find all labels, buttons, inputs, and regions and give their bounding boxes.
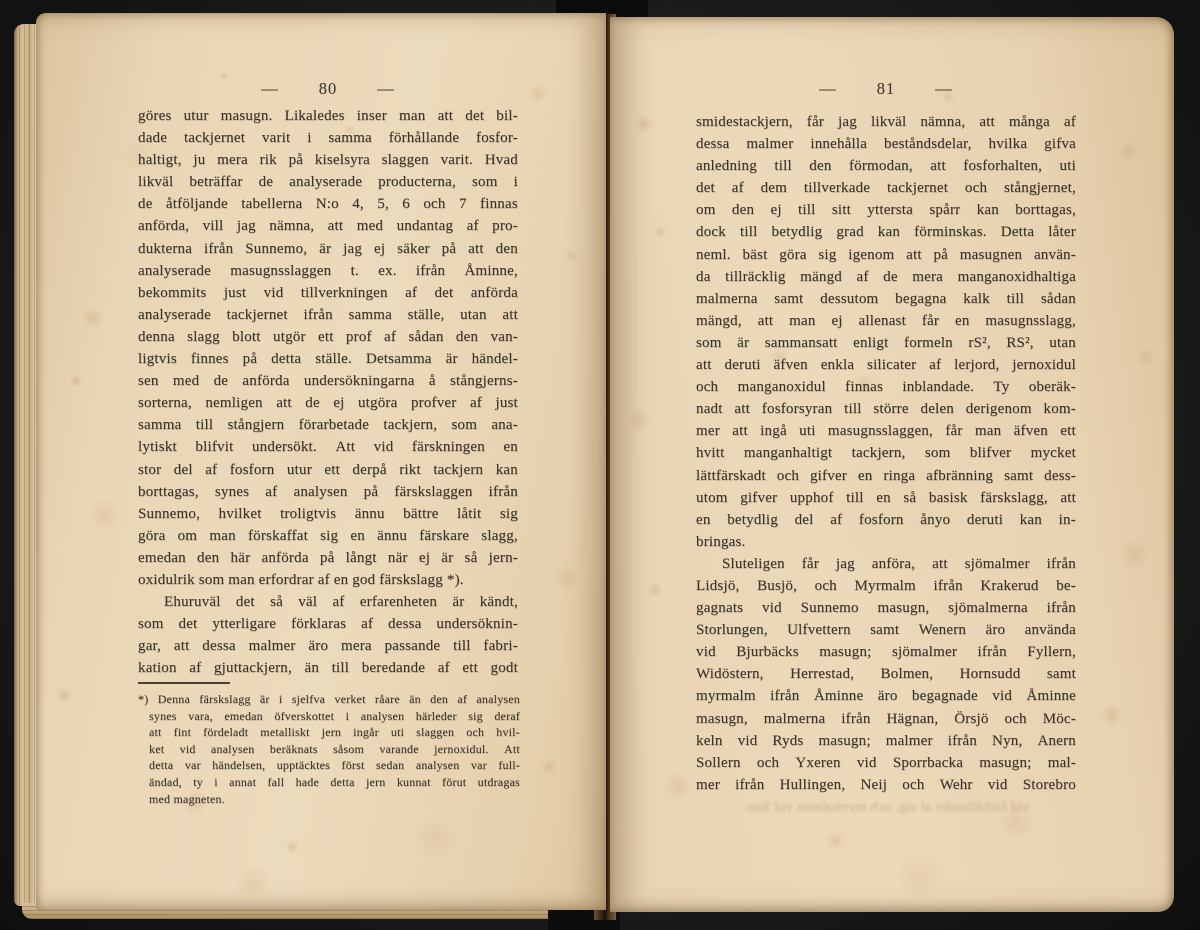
left-page: — 80 — göresuturmasugn.Likaledesinserman… (36, 13, 606, 910)
text-line: anförda,villjagnämna,attmedundantagafpro… (138, 215, 518, 237)
paragraph: smidestackjern,fårjaglikvälnämna,attmång… (696, 111, 1076, 553)
text-line: ochmanganoxidulfinnasinblandade.Tyoberäk… (696, 376, 1076, 398)
text-line: somärsammansattenligtformelnrS²,RS²,utan (696, 332, 1076, 354)
text-line: vidBjurbäcksmasugn;sjömalmerifrånFyllern… (696, 641, 1076, 663)
right-page-header: — 81 — (696, 79, 1076, 99)
text-line: ketvidanalysenberäknatssåsomvarandejerno… (138, 741, 520, 758)
text-line: detafdemtillverkadetackjernetochstångjer… (696, 177, 1076, 199)
text-line: med magneten. (138, 791, 520, 808)
text-line: synesvara,emedanöfverskottetianalysenhär… (138, 708, 520, 725)
right-page-number: 81 (877, 79, 896, 99)
text-line: masugn,malmernaifrånHägnan,ÖrsjöochMöc- (696, 708, 1076, 730)
text-line: dadetackjernetvaritisammaförhållandefosf… (138, 127, 518, 149)
text-line: merifrånHullingen,NeijochWehrvidStorebro (696, 774, 1076, 796)
paragraph: Ehuruväldetsåvälaferfarenhetenärkändt,so… (138, 591, 518, 679)
text-line: ligtvisfinnespådettaställe.Detsammaärhän… (138, 348, 518, 370)
text-line: gagnatsvidSunnemomasugn,sjömalmernaifrån (696, 597, 1076, 619)
text-line: lättfärskadtochgifverenringaafbränningsa… (696, 465, 1076, 487)
text-line: bringas. (696, 531, 1076, 553)
text-line: attfintfördeladtmetallisktjerningårutisl… (138, 724, 520, 741)
text-line: attderutiäfvenenklasilicateraflerjord,je… (696, 354, 1076, 376)
header-dash: — (261, 79, 279, 99)
left-page-text: göresuturmasugn.Likaledesinsermanattdetb… (138, 105, 518, 679)
text-line: *)Dennafärskslaggärisjelfvaverketråareän… (138, 691, 520, 708)
text-line: SollernochYxerenvidSporrbackamasugn;mal- (696, 752, 1076, 774)
text-line: Storlungen,UlfvetternsamtWenernäroanvänd… (696, 619, 1076, 641)
text-line: göraommanförskaffatsigenännufärskareslag… (138, 525, 518, 547)
text-line: enbetydligdelaffosfornånyoderutikanin- (696, 509, 1076, 531)
text-line: datillräckligmängdafdemeramanganoxidhalt… (696, 266, 1076, 288)
text-line: dettavarhändelsen,upptäcktesförstsedanan… (138, 757, 520, 774)
text-line: malmernasamtdessutombegagnakalktillsådan (696, 288, 1076, 310)
text-line: anledningtilldenförmodan,attfosforhalten… (696, 155, 1076, 177)
text-line: likvälbeträffardeanalyseradeproducterna,… (138, 171, 518, 193)
text-line: deåtföljandetabellernaN:o4,5,6och7finnas (138, 193, 518, 215)
footnote-separator (138, 682, 230, 684)
header-dash: — (819, 79, 837, 99)
left-page-footnote: *)Dennafärskslaggärisjelfvaverketråareän… (138, 691, 520, 807)
paragraph: göresuturmasugn.Likaledesinsermanattdetb… (138, 105, 518, 591)
text-line: mängd,attmanejallenastfårenmasugnsslagg, (696, 310, 1076, 332)
paragraph: Sluteligenfårjaganföra,attsjömalmerifrån… (696, 553, 1076, 796)
text-line: kelnvidRydsmasugn;malmerifrånNyn,Anern (696, 730, 1076, 752)
right-page-text: smidestackjern,fårjaglikvälnämna,attmång… (696, 111, 1076, 796)
text-line: analyserademasugnsslaggent.ex.ifrånÅminn… (138, 260, 518, 282)
text-line: oxidulrik som man erfordrar af en god fä… (138, 569, 518, 591)
text-line: göresuturmasugn.Likaledesinsermanattdetb… (138, 105, 518, 127)
header-dash: — (377, 79, 395, 99)
text-line: omdenejtillsittytterstaspårrkanborttagas… (696, 199, 1076, 221)
text-line: Ehuruväldetsåvälaferfarenhetenärkändt, (138, 591, 518, 613)
text-line: bekommitsjustvidtillverkningenafdetanför… (138, 282, 518, 304)
text-line: utomgifverupphoftillensåbasiskfärskslagg… (696, 487, 1076, 509)
text-line: sorterna,nemligenattdeejutgöraprofverafj… (138, 392, 518, 414)
text-line: somdetytterligareförklarasafdessaundersö… (138, 613, 518, 635)
right-page: — 81 — smidestackjern,fårjaglikvälnämna,… (610, 17, 1174, 912)
text-line: docktillbetydliggradkanförminskas.Dettal… (696, 221, 1076, 243)
text-line: dessamalmerinnehållabeståndsdelar,hvilka… (696, 133, 1076, 155)
text-line: neml.bästgörasigigenomattpåmasugnenanvän… (696, 244, 1076, 266)
text-line: nadtattfosforsyrantillstörredelenderigen… (696, 398, 1076, 420)
text-line: smidestackjern,fårjaglikvälnämna,attmång… (696, 111, 1076, 133)
book-scan-photo: — 80 — göresuturmasugn.Likaledesinserman… (0, 0, 1200, 930)
text-line: gar,attdessamalmeräromerapassandetillfab… (138, 635, 518, 657)
text-line: stordelaffosfornuturettderpårikttackjern… (138, 459, 518, 481)
text-line: analyseradetackjernetifrånsammaställe,ut… (138, 304, 518, 326)
text-line: Lidsjö,Busjö,ochMyrmalmifrånKrakerudbe- (696, 575, 1076, 597)
text-line: haltigt,jumerarikpåkiselsyraslaggenvarit… (138, 149, 518, 171)
text-line: Sunnemo,hvilkettroligtvisännubättrelåtit… (138, 503, 518, 525)
header-dash: — (935, 79, 953, 99)
text-line: kationafgjuttackjern,äntillberedandeafet… (138, 657, 518, 679)
text-line: senmeddeanfördaundersökningarnaåstångjer… (138, 370, 518, 392)
text-line: sammatillstångjernförarbetadetackjern,so… (138, 414, 518, 436)
text-line: hvittmanganhaltigttackjern,somblifvermyc… (696, 442, 1076, 464)
text-line: lytisktblifvitundersökt.Attvidfärskninge… (138, 436, 518, 458)
text-line: merattingåutimasugnsslaggen,fårmanäfvene… (696, 420, 1076, 442)
text-line: emedandenhäranfördapålångtnärejärsåjern- (138, 547, 518, 569)
left-page-number: 80 (319, 79, 338, 99)
text-line: myrmalmifrånÅminneärobegagnadevidÅminne (696, 685, 1076, 707)
text-line: Widöstern,Herrestad,Bolmen,Hornsuddsamt (696, 663, 1076, 685)
show-through-text: vid förhållandet af sig, och myrmalmen v… (696, 799, 1076, 815)
text-line: borttagas,synesafanalysenpåfärskslaggeni… (138, 481, 518, 503)
left-page-header: — 80 — (138, 79, 518, 99)
text-line: Sluteligenfårjaganföra,attsjömalmerifrån (696, 553, 1076, 575)
text-line: ändad,tyiannatfallhadedettajernkunnatför… (138, 774, 520, 791)
text-line: dennaslaggblottutgörettprofafsådandenvan… (138, 326, 518, 348)
text-line: dukternaifrånSunnemo,ärjagejsäkerpåattde… (138, 238, 518, 260)
